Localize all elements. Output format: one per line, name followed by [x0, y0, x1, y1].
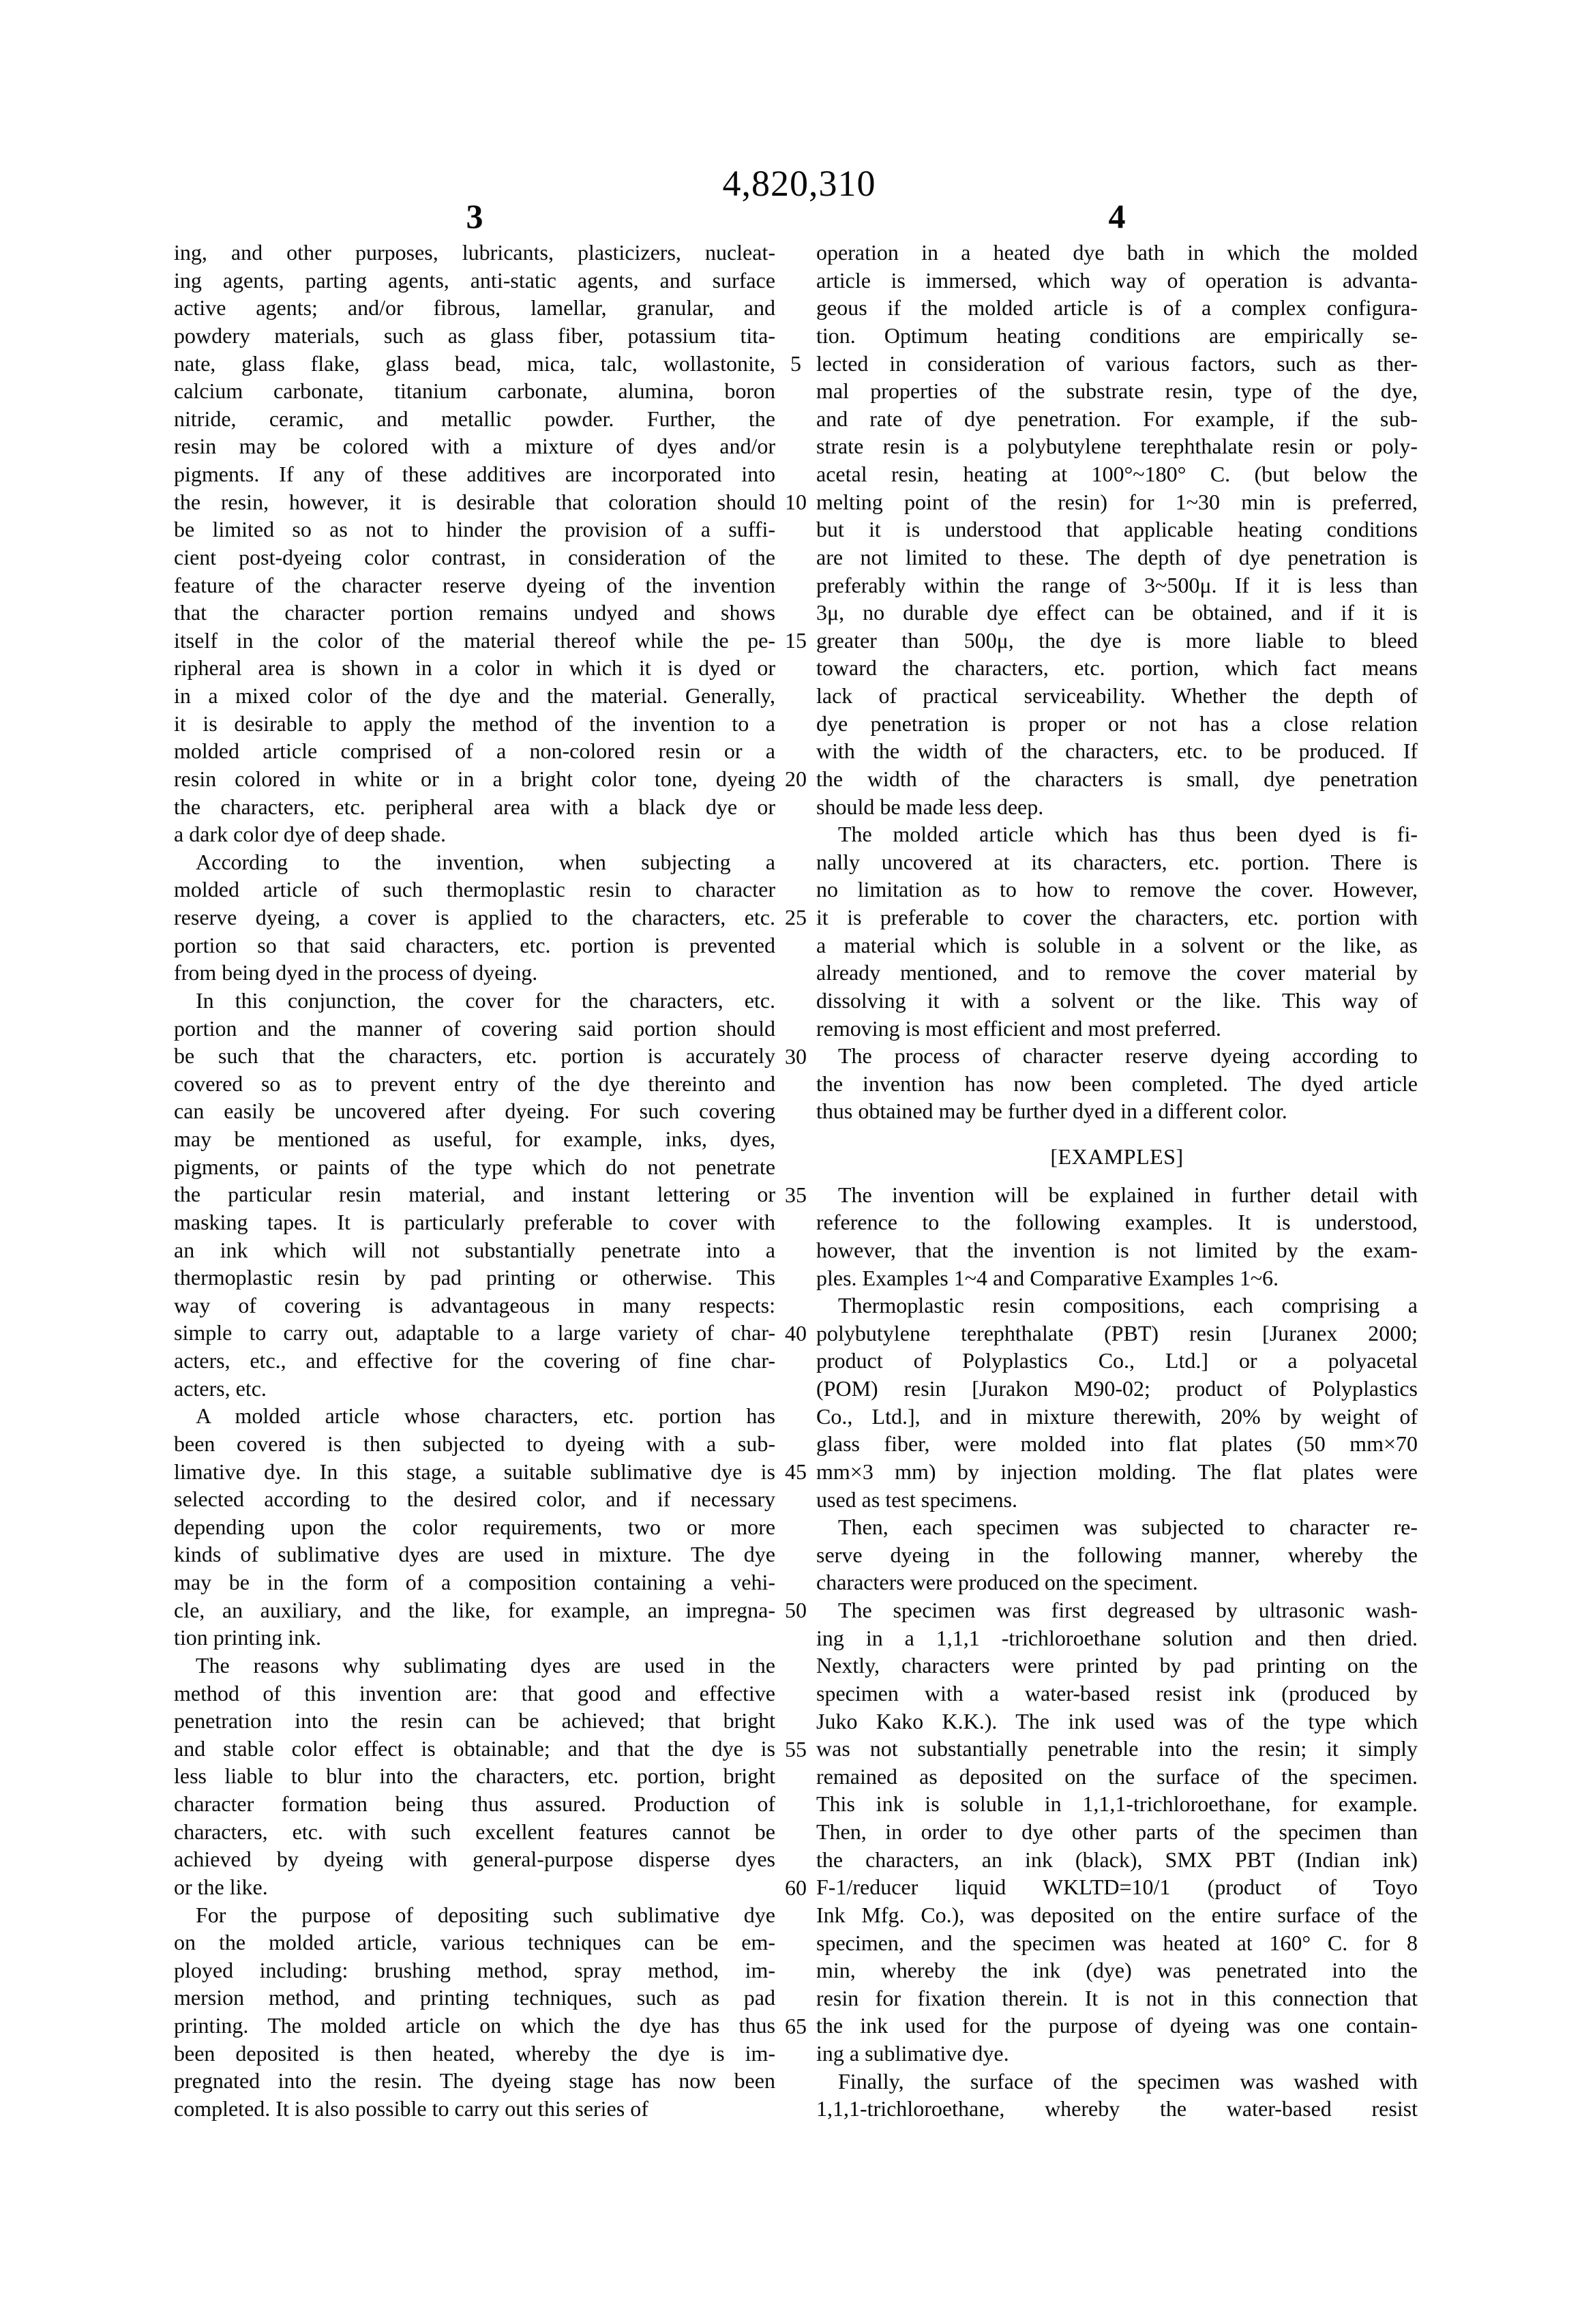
text-line: Finally, the surface of the specimen was… [816, 2068, 1418, 2096]
text-line: the ink used for the purpose of dyeing w… [816, 2012, 1418, 2040]
text-line: nitride, ceramic, and metallic powder. F… [174, 405, 775, 433]
text-line: (POM) resin [Jurakon M90-02; product of … [816, 1375, 1418, 1403]
text-line: in a mixed color of the dye and the mate… [174, 682, 775, 710]
text-line: it is preferable to cover the characters… [816, 904, 1418, 932]
text-line: dissolving it with a solvent or the like… [816, 987, 1418, 1015]
text-line: The process of character reserve dyeing … [816, 1042, 1418, 1070]
text-line: reserve dyeing, a cover is applied to th… [174, 904, 775, 932]
line-number-marker: 20 [775, 765, 816, 793]
text-line: an ink which will not substantially pene… [174, 1236, 775, 1264]
text-line: This ink is soluble in 1,1,1-trichloroet… [816, 1790, 1418, 1818]
text-line: kinds of sublimative dyes are used in mi… [174, 1540, 775, 1568]
text-line: completed. It is also possible to carry … [174, 2095, 775, 2123]
line-number-marker: 40 [775, 1320, 816, 1347]
text-line: pregnated into the resin. The dyeing sta… [174, 2067, 775, 2095]
text-line: calcium carbonate, titanium carbonate, a… [174, 377, 775, 405]
text-line: ing agents, parting agents, anti-static … [174, 267, 775, 295]
text-line: According to the invention, when subject… [174, 848, 775, 876]
text-line: 1,1,1-trichloroethane, whereby the water… [816, 2095, 1418, 2123]
text-line: A molded article whose characters, etc. … [174, 1402, 775, 1430]
text-line: thermoplastic resin by pad printing or o… [174, 1264, 775, 1292]
text-line: method of this invention are: that good … [174, 1680, 775, 1708]
text-line: specimen with a water-based resist ink (… [816, 1680, 1418, 1708]
text-line: ples. Examples 1~4 and Comparative Examp… [816, 1264, 1418, 1292]
line-number-marker: 45 [775, 1458, 816, 1486]
text-line: acters, etc., and effective for the cove… [174, 1347, 775, 1375]
text-line: with the width of the characters, etc. t… [816, 737, 1418, 765]
text-line: may be mentioned as useful, for example,… [174, 1125, 775, 1153]
text-line: F-1/reducer liquid WKLTD=10/1 (product o… [816, 1873, 1418, 1901]
text-line: melting point of the resin) for 1~30 min… [816, 488, 1418, 516]
text-line: are not limited to these. The depth of d… [816, 543, 1418, 571]
line-number-marker: 50 [775, 1596, 816, 1624]
text-line: molded article comprised of a non-colore… [174, 737, 775, 765]
text-line: portion so that said characters, etc. po… [174, 932, 775, 959]
text-line: Then, in order to dye other parts of the… [816, 1818, 1418, 1846]
text-line: less liable to blur into the characters,… [174, 1762, 775, 1790]
text-line: min, whereby the ink (dye) was penetrate… [816, 1956, 1418, 1984]
text-line: cle, an auxiliary, and the like, for exa… [174, 1596, 775, 1624]
section-heading: [EXAMPLES] [816, 1143, 1418, 1171]
line-number-marker: 30 [775, 1043, 816, 1071]
column-number-right: 4 [1049, 196, 1185, 236]
text-line: character formation being thus assured. … [174, 1790, 775, 1818]
text-line: nate, glass flake, glass bead, mica, tal… [174, 350, 775, 378]
text-line: however, that the invention is not limit… [816, 1236, 1418, 1264]
text-line: the width of the characters is small, dy… [816, 765, 1418, 793]
text-line: mal properties of the substrate resin, t… [816, 377, 1418, 405]
text-line: on the molded article, various technique… [174, 1928, 775, 1956]
text-line: In this conjunction, the cover for the c… [174, 987, 775, 1015]
line-number-marker: 60 [775, 1874, 816, 1902]
text-line: selected according to the desired color,… [174, 1485, 775, 1513]
text-line: product of Polyplastics Co., Ltd.] or a … [816, 1347, 1418, 1375]
text-line: mm×3 mm) by injection molding. The flat … [816, 1458, 1418, 1486]
text-line: article is immersed, which way of operat… [816, 267, 1418, 295]
text-line: resin may be colored with a mixture of d… [174, 432, 775, 460]
text-line: removing is most efficient and most pref… [816, 1015, 1418, 1043]
text-line: mersion method, and printing techniques,… [174, 1984, 775, 2012]
text-line: ployed including: brushing method, spray… [174, 1956, 775, 1984]
text-line: the resin, however, it is desirable that… [174, 488, 775, 516]
text-line: Juko Kako K.K.). The ink used was of the… [816, 1708, 1418, 1735]
text-line: strate resin is a polybutylene terephtha… [816, 432, 1418, 460]
text-line: characters were produced on the specimen… [816, 1568, 1418, 1596]
text-line: For the purpose of depositing such subli… [174, 1901, 775, 1929]
line-number-marker: 35 [775, 1181, 816, 1209]
text-line: serve dyeing in the following manner, wh… [816, 1541, 1418, 1569]
text-line: that the character portion remains undye… [174, 599, 775, 627]
text-line: itself in the color of the material ther… [174, 627, 775, 655]
text-line: glass fiber, were molded into flat plate… [816, 1430, 1418, 1458]
text-line: achieved by dyeing with general-purpose … [174, 1845, 775, 1873]
text-line: Then, each specimen was subjected to cha… [816, 1513, 1418, 1541]
text-line: lack of practical serviceability. Whethe… [816, 682, 1418, 710]
text-line: it is desirable to apply the method of t… [174, 710, 775, 738]
text-line: toward the characters, etc. portion, whi… [816, 654, 1418, 682]
text-line: been covered is then subjected to dyeing… [174, 1430, 775, 1458]
text-line: pigments. If any of these additives are … [174, 460, 775, 488]
text-line: pigments, or paints of the type which do… [174, 1153, 775, 1181]
text-line: masking tapes. It is particularly prefer… [174, 1208, 775, 1236]
text-line: tion. Optimum heating conditions are emp… [816, 322, 1418, 350]
text-line: specimen, and the specimen was heated at… [816, 1929, 1418, 1957]
text-line: Nextly, characters were printed by pad p… [816, 1652, 1418, 1680]
text-line: thus obtained may be further dyed in a d… [816, 1097, 1418, 1125]
text-line: resin for fixation therein. It is not in… [816, 1984, 1418, 2012]
text-line: ing in a 1,1,1 -trichloroethane solution… [816, 1624, 1418, 1652]
text-line: resin colored in white or in a bright co… [174, 765, 775, 793]
text-line: operation in a heated dye bath in which … [816, 239, 1418, 267]
left-column-text: ing, and other purposes, lubricants, pla… [174, 239, 775, 2123]
text-line: Co., Ltd.], and in mixture therewith, 20… [816, 1403, 1418, 1431]
line-number-marker: 25 [775, 904, 816, 932]
text-line: Ink Mfg. Co.), was deposited on the enti… [816, 1901, 1418, 1929]
text-line: preferably within the range of 3~500μ. I… [816, 571, 1418, 599]
text-line: the characters, etc. peripheral area wit… [174, 793, 775, 821]
line-number-marker: 65 [775, 2012, 816, 2040]
text-line: and stable color effect is obtainable; a… [174, 1735, 775, 1763]
text-line: simple to carry out, adaptable to a larg… [174, 1319, 775, 1347]
text-line: The molded article which has thus been d… [816, 820, 1418, 848]
text-line: acetal resin, heating at 100°~180° C. (b… [816, 460, 1418, 488]
text-line: or the like. [174, 1873, 775, 1901]
line-number-gutter: 5101520253035404550556065 [775, 239, 816, 2124]
text-line: be such that the characters, etc. portio… [174, 1042, 775, 1070]
line-number-marker: 55 [775, 1735, 816, 1763]
text-line: no limitation as to how to remove the co… [816, 876, 1418, 904]
text-line: polybutylene terephthalate (PBT) resin [… [816, 1320, 1418, 1347]
text-line: dye penetration is proper or not has a c… [816, 710, 1418, 738]
text-line: The invention will be explained in furth… [816, 1181, 1418, 1209]
text-line: The specimen was first degreased by ultr… [816, 1596, 1418, 1624]
text-line: the particular resin material, and insta… [174, 1180, 775, 1208]
text-line: acters, etc. [174, 1375, 775, 1403]
text-line: characters, etc. with such excellent fea… [174, 1818, 775, 1846]
text-line: a dark color dye of deep shade. [174, 820, 775, 848]
line-number-marker: 5 [775, 350, 816, 378]
text-line: cient post-dyeing color contrast, in con… [174, 543, 775, 571]
text-line: portion and the manner of covering said … [174, 1015, 775, 1043]
text-line: should be made less deep. [816, 793, 1418, 821]
text-line: already mentioned, and to remove the cov… [816, 959, 1418, 987]
text-line: nally uncovered at its characters, etc. … [816, 848, 1418, 876]
line-number-marker: 15 [775, 627, 816, 655]
text-line: used as test specimens. [816, 1486, 1418, 1514]
text-line: ripheral area is shown in a color in whi… [174, 654, 775, 682]
text-line: Thermoplastic resin compositions, each c… [816, 1292, 1418, 1320]
text-line: limative dye. In this stage, a suitable … [174, 1458, 775, 1486]
text-line: molded article of such thermoplastic res… [174, 876, 775, 904]
text-line: reference to the following examples. It … [816, 1208, 1418, 1236]
text-line: but it is understood that applicable hea… [816, 516, 1418, 543]
text-line: covered so as to prevent entry of the dy… [174, 1070, 775, 1098]
text-line: from being dyed in the process of dyeing… [174, 959, 775, 987]
text-line: may be in the form of a composition cont… [174, 1568, 775, 1596]
text-line: the invention has now been completed. Th… [816, 1070, 1418, 1098]
text-line: 3μ, no durable dye effect can be obtaine… [816, 599, 1418, 627]
text-line: the characters, an ink (black), SMX PBT … [816, 1846, 1418, 1874]
text-line: greater than 500μ, the dye is more liabl… [816, 627, 1418, 655]
text-line: tion printing ink. [174, 1624, 775, 1652]
line-number-marker: 10 [775, 488, 816, 516]
text-line: way of covering is advantageous in many … [174, 1292, 775, 1320]
text-line: and rate of dye penetration. For example… [816, 405, 1418, 433]
text-line: been deposited is then heated, whereby t… [174, 2040, 775, 2068]
text-line: remained as deposited on the surface of … [816, 1763, 1418, 1791]
text-line: active agents; and/or fibrous, lamellar,… [174, 294, 775, 322]
text-line: powdery materials, such as glass fiber, … [174, 322, 775, 350]
text-line: The reasons why sublimating dyes are use… [174, 1652, 775, 1680]
text-line: be limited so as not to hinder the provi… [174, 516, 775, 543]
patent-page: 4,820,310 3 4 ing, and other purposes, l… [0, 0, 1582, 2324]
right-column-text: operation in a heated dye bath in which … [816, 239, 1418, 2123]
text-line: ing, and other purposes, lubricants, pla… [174, 239, 775, 267]
text-line: lected in consideration of various facto… [816, 350, 1418, 378]
text-line: geous if the molded article is of a comp… [816, 294, 1418, 322]
text-line: can easily be uncovered after dyeing. Fo… [174, 1097, 775, 1125]
text-line: printing. The molded article on which th… [174, 2012, 775, 2040]
text-line: penetration into the resin can be achiev… [174, 1707, 775, 1735]
text-line: a material which is soluble in a solvent… [816, 932, 1418, 959]
text-line: ing a sublimative dye. [816, 2040, 1418, 2068]
column-number-left: 3 [406, 196, 543, 236]
text-line: feature of the character reserve dyeing … [174, 571, 775, 599]
text-line: depending upon the color requirements, t… [174, 1513, 775, 1541]
text-line: was not substantially penetrable into th… [816, 1735, 1418, 1763]
